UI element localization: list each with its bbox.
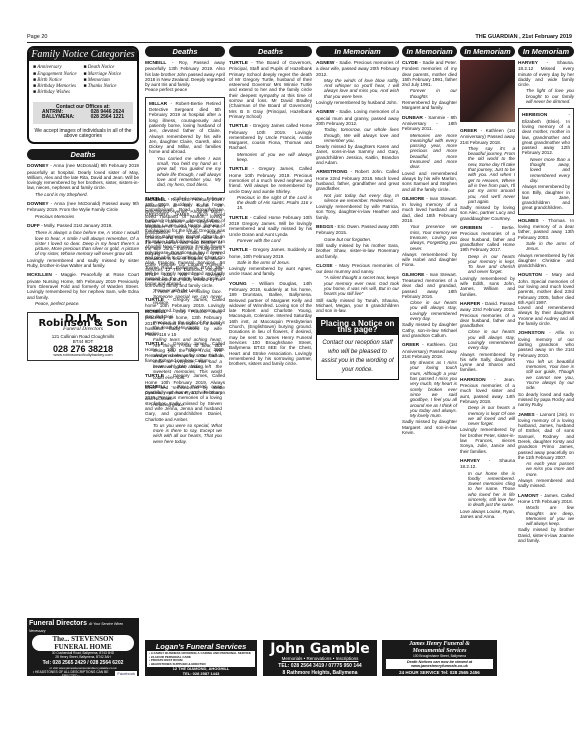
notice: TURTLE - Gregory James. Suddenly at home…: [229, 247, 312, 276]
notice-verse: Safe in the arms of Jesus.: [229, 260, 312, 265]
category-item: Birthday Memories: [33, 84, 83, 89]
notice-signoff: Still sadly missed by Tanah, Shauna, Mic…: [316, 298, 399, 314]
notice-surname: GILMORE: [402, 273, 424, 278]
notice-verse: Words are few thoughts are deep, Memorie…: [518, 505, 574, 526]
notice: TURTLE - Gregory James, Called home 10th…: [145, 297, 225, 337]
notice-surname: HARPER: [460, 302, 480, 307]
notice-verse: As each year passes we miss you more and…: [518, 461, 574, 477]
notice-signoff: Remembered by daughter Margaret and fami…: [402, 100, 457, 111]
notice-signoff: Lovingly remembered by wife Edith, sons …: [460, 276, 515, 297]
notice-text: - Lamont (Jim). In loving memory of a lo…: [518, 412, 574, 460]
notice-signoff: Sadly missed by daughter Margaret and so…: [402, 419, 457, 435]
notice: HARVEY - Shauna. 18.2.12 Missed every mi…: [518, 60, 574, 104]
notice: YOUNG - William Douglas, 14th February 2…: [229, 281, 312, 367]
notice-text: - Called Home February 10th, 2019, Sudde…: [145, 196, 225, 287]
notice-signoff: Still sadly missed by his mother Sara, b…: [316, 243, 399, 259]
notice-surname: GILMORE: [402, 197, 424, 202]
notice: ARMSTRONG - Robert John. Called Home 22n…: [316, 169, 399, 220]
notice-signoff: Always remembered and sadly missed.: [518, 478, 574, 489]
notice-surname: TURTLE: [229, 61, 248, 66]
notice-verse: Safe in the arms of Jesus.: [518, 241, 574, 252]
notice-verse: They say it's a beautiful journey, From …: [460, 146, 515, 204]
notice-signoff: Loved and remembered always by their dau…: [518, 305, 574, 326]
notice-surname: HOLMES: [518, 219, 539, 224]
notice-surname: HERBISON: [522, 113, 547, 118]
notice: TURTLE - Called Home February 10th, 2019…: [145, 196, 225, 293]
gamble-phone: TEL: 028 2564 3419 / 07775 950 144: [265, 663, 375, 669]
notice-text: - The Board of Governors, Principal, Sta…: [229, 60, 312, 119]
notice-surname: CLOSE: [316, 264, 333, 269]
page-number: Page 20: [27, 34, 48, 40]
family-notice-categories: Family Notice Categories AnniversaryDeat…: [27, 46, 139, 144]
notice-signoff: Always remembered by son Billy, daughter…: [522, 184, 570, 210]
jh-notice: Death Notices can now be viewed at www.j…: [386, 659, 493, 669]
notice-surname: HARRISON: [460, 378, 486, 383]
notice: JAMES - Lamont (Jim). In loving memory o…: [518, 412, 574, 489]
notice-signoff: Sadly missed by daughter Cathy, son-in-l…: [402, 322, 457, 338]
notice-verse: In Heavenly love abiding.: [145, 364, 225, 369]
notice-surname: DUFF: [27, 224, 40, 229]
deaths-banner: Deaths: [145, 46, 225, 57]
notice-surname: MILLAR: [149, 102, 167, 107]
page-header: Page 20 THE GUARDIAN , 21st February 201…: [27, 27, 572, 43]
notices: AGNEW - Sadie. Precious memories of a de…: [316, 60, 399, 313]
notice: TURTLE - Gregory James, Called Home 10th…: [229, 166, 312, 210]
notice: GREER - Kathleen. (1st Anniversary) Pass…: [402, 342, 457, 435]
notice: GRIBBEN - Bertie. Precious memories of a…: [460, 225, 515, 297]
notice: TURTLE - Gregory James, Called Home 10th…: [145, 373, 225, 407]
notice-signoff: Love always Louise, Ryan, James and Anna…: [460, 509, 515, 520]
notice-verse: To us you were so special, What more is …: [145, 423, 222, 444]
notice-verse: Forever with the Lord: [229, 238, 312, 243]
notice: HOLMES - Thomas. In loving memory of a d…: [518, 218, 574, 269]
notice-surname: GREER: [402, 343, 419, 348]
column-5: In Memoriam AGNEW - Sadie. Precious memo…: [316, 46, 399, 380]
notice-surname: TURTLE: [229, 124, 248, 129]
headstones-note: • HEADSTONES OF ALL DESCRIPTIONS CAN BE …: [29, 670, 112, 678]
column-7: In Memoriam GREER - Kathleen (1st Annive…: [460, 46, 515, 523]
notice-verse: The light of love you brought to our fam…: [518, 88, 574, 104]
notice-verse: My dreams as I miss your loving touch mu…: [402, 360, 457, 418]
contact-offices: Contact our Offices at: ANTRIM:028 9446 …: [33, 102, 133, 124]
deaths-banner: Deaths: [27, 149, 139, 160]
gamble-address: 8 Rathmore Heights, Ballymena: [265, 670, 375, 676]
column-6: In Memoriam CLYDE - Sadie and Peter. Fon…: [402, 46, 457, 439]
notice-verse: Deep in our hearts a memory is kept Of o…: [460, 405, 515, 426]
notice-surname: TURTLE: [229, 216, 248, 221]
notice: DOWNEY - Anna (nee McDonald) Passed away…: [27, 201, 139, 219]
notice: BEGGS - Eric Owen. Passed away 20th Febr…: [316, 224, 399, 259]
office-phone: 028 2564 1221: [91, 115, 124, 120]
notice-surname: HOUSTON: [518, 273, 542, 278]
placing-title: Placing a Notice on this page?: [317, 318, 398, 335]
memoriam-banner: In Memoriam: [316, 46, 399, 57]
notice-verse: Precious in the sight of the Lord is the…: [229, 195, 312, 211]
category-item: Memoriam: [84, 78, 134, 83]
notice-verse: Close in our hearts you will always stay…: [402, 300, 457, 321]
category-item: Anniversary: [33, 65, 83, 70]
notice-verse: Memories of you we will always keep.: [229, 152, 312, 163]
memoriam-banner: In Memoriam: [402, 46, 457, 57]
notice: DUNBAR - Sammie - 8th Anniversary - 18th…: [402, 115, 457, 192]
notices: GREER - Kathleen (1st Anniversary) Passe…: [460, 128, 515, 519]
notice: HOUSTON - Mary and John. Special memorie…: [518, 272, 574, 326]
column-8: In Memoriam HARVEY - Shauna. 18.2.12 Mis…: [518, 46, 574, 547]
column-1: Family Notice Categories AnniversaryDeat…: [27, 46, 139, 364]
category-item: Birth Notice: [33, 78, 83, 83]
logan-services: • A FAMILY BUSINESS OFFERING A CARING AN…: [147, 651, 255, 667]
stevenson-name: The... STEVENSON: [32, 635, 134, 643]
notice-surname: GRIBBEN: [460, 226, 482, 231]
notice-surname: TURTLE: [145, 342, 164, 347]
notice-verse: Deep in our hearts your memory is kept, …: [460, 254, 515, 275]
notice-surname: GREER: [460, 129, 477, 134]
notice-signoff: Dearly missed by daughters Karen and Jan…: [316, 144, 399, 165]
phone: Tel: 028 2565 2429 / 028 2564 6202: [29, 660, 137, 666]
notice-surname: JOHNSTON: [518, 331, 545, 336]
notice-text: - Elizabeth (Elsie). In loving memory of…: [522, 112, 570, 155]
column-4: Deaths TURTLE - The Board of Governors, …: [229, 46, 312, 370]
notice-verse: Your presence we miss, Your memory we tr…: [402, 224, 457, 250]
notice-verse: There is always a face before me, A Voic…: [27, 230, 139, 256]
notice: DUFF - Molly. Passed 31st January 2019.T…: [27, 223, 139, 268]
notice: CLYDE - Sadie and Peter. Fondest memorie…: [402, 60, 457, 111]
notice-verse: Peace, perfect peace.: [27, 301, 139, 306]
notice-verse: "Forever with the Lord".: [145, 288, 225, 293]
notice-surname: TURTLE: [229, 167, 248, 172]
notice-surname: AGNEW: [316, 61, 334, 66]
notices: TURTLE - The Board of Governors, Princip…: [229, 60, 312, 366]
notice-verse: Close in our hearts you will always stay…: [460, 329, 515, 350]
category-item: Death Notice: [84, 65, 134, 70]
notice-verse: Precious in the sight of the Lord is the…: [145, 320, 225, 331]
notice-verse: Gone but not forgotten.: [316, 237, 399, 242]
notice: JOHNSTON - Alfie. In loving memory of ou…: [518, 330, 574, 407]
category-item: Marriage Notice: [84, 72, 134, 77]
notice-surname: DUNBAR: [402, 116, 423, 121]
notice-verse: "A silent thought a secret tear, keeps y…: [316, 275, 399, 296]
notice-surname: LAMONT: [518, 494, 539, 499]
category-list: AnniversaryDeath NoticeEngagement Notice…: [29, 61, 137, 99]
gamble-title: John Gamble: [265, 642, 375, 656]
stevenson-funeral-ad: Funeral Directors At Your Service When N…: [27, 618, 139, 676]
notice-text: - Robert-Bertie Retired Detective Sergea…: [149, 101, 221, 155]
facebook-icon: Facebook: [115, 671, 137, 676]
accept-images-note: We accept images of individuals in all o…: [29, 126, 137, 143]
notice-signoff: Always remembered by wife Isobel and dau…: [402, 252, 457, 268]
notice-signoff: Lovingly remembered by aunt Agnes, uncle…: [229, 266, 312, 277]
notice-surname: HARVEY: [460, 459, 480, 464]
notice-verse: Precious Memories: [27, 214, 139, 219]
jh-footer: 24 HOUR SERVICE Tel: 028 2565 2456: [383, 670, 496, 675]
notice-surname: DOWNEY: [27, 164, 49, 169]
john-gamble-ad: John Gamble Memorials • Renovations • In…: [263, 640, 377, 676]
notice: DOWNEY - Anna (nee McDonald) 9th Februar…: [27, 163, 139, 197]
logan-phone: TEL: 028 2587 1443: [147, 672, 255, 677]
notices: DOWNEY - Anna (nee McDonald) 9th Februar…: [27, 163, 139, 306]
djm-robinson-ad: D.J.M. Robinson & Son Funeral Directors …: [27, 312, 139, 361]
notice-signoff: Always remembered by his daughter Christ…: [518, 253, 574, 269]
notice-surname: CLYDE: [402, 61, 418, 66]
notice-surname: YOUNG: [229, 282, 247, 287]
notice-signoff: Psalm 116 v 15: [145, 332, 225, 337]
notice-surname: HARVEY: [518, 61, 538, 66]
notice-surname: MCNEILL: [145, 61, 166, 66]
office-name: BALLYMENA:: [42, 115, 75, 120]
notice-surname: BEGGS: [316, 225, 333, 230]
notice: GILMORE - Ivan Stewart. In loving memory…: [402, 196, 457, 268]
notice-signoff: Lovingly remembered and sadly missed by …: [27, 258, 139, 269]
notice-surname: TURTLE: [145, 374, 164, 379]
notice-surname: DOWNEY: [27, 202, 49, 207]
notice: TURTLE - The Board of Governors, Princip…: [229, 60, 312, 119]
memoriam-banner: In Memoriam: [518, 46, 574, 57]
notice: CLOSE - Mary Precious memories of our de…: [316, 263, 399, 314]
notice: HARPER - David. Passed away 23rd Februar…: [460, 301, 515, 373]
categories-title: Family Notice Categories: [29, 48, 137, 61]
notice-verse: May the winds of love blow softly, And w…: [316, 78, 399, 99]
notice: TURTLE - Called Home February 10th 2019 …: [229, 215, 312, 243]
memoriam-banner: In Memoriam: [460, 46, 515, 57]
notice: TURTLE - Gregory James, Called Home 10th…: [145, 341, 225, 369]
notice: TURTLE - Gregory James called Home Febru…: [229, 123, 312, 162]
category-item: Thanks Notice: [84, 84, 134, 89]
notice-verse: The Lord is my Shepherd.: [27, 192, 139, 197]
notice-verse: Not just today but every day, In silence…: [316, 193, 399, 204]
notice: HERBISON - Elizabeth (Elsie). In loving …: [518, 108, 574, 214]
notice-surname: MCKILLEN: [27, 273, 52, 278]
notice: AGNEW - Sadie. Loving memories of a spec…: [316, 109, 399, 165]
notices: HARVEY - Shauna. 18.2.12 Missed every mi…: [518, 60, 574, 543]
notice: AGNEW - Sadie. Precious memories of a de…: [316, 60, 399, 105]
notice-signoff: Sadly missed by loving son Alec, partner…: [460, 205, 515, 221]
notice-verse: Forever in our thoughts: [402, 88, 457, 99]
notice-verse: Today, tomorrow, our whole lives through…: [316, 127, 399, 143]
notice-signoff: Sadly missed by brother David, sister-in…: [518, 527, 574, 543]
notice: GILMORE - Ivan Stewart. Treasured memori…: [402, 272, 457, 339]
notice-surname: TURTLE: [229, 248, 248, 253]
notice-surname: TURTLE: [145, 298, 164, 303]
notices: MCNEILL - Roy, Passed away peacefully 13…: [145, 60, 225, 407]
category-item: Birthday Wishes: [33, 90, 83, 95]
notice: LAMONT - James. Called Home 17th Februar…: [518, 493, 574, 544]
placing-notice-box: Placing a Notice on this page? Contact o…: [316, 317, 399, 380]
notices: CLYDE - Sadie and Peter. Fondest memorie…: [402, 60, 457, 435]
notice-signoff: Peace perfect peace: [145, 87, 225, 92]
notice-signoff: Lovingly remembered by husband John.: [316, 100, 399, 105]
notice-surname: ARMSTRONG: [316, 170, 347, 175]
notice: MCKILLEN - Maggie. Peacefully at Rose Co…: [27, 272, 139, 306]
placing-body: Contact our reception staff who will be …: [317, 335, 398, 379]
notice: HARVEY - Shauna 18.2.12.In our home she …: [460, 458, 515, 519]
jh-address: 100 Broughshane Street, Ballymena: [383, 654, 496, 658]
masthead: THE GUARDIAN , 21st February 2019: [475, 34, 572, 40]
notice-surname: JAMES: [518, 413, 535, 418]
logans-ad: Logan's Funeral Services • A FAMILY BUSI…: [145, 640, 257, 676]
james-henry-ad: James Henry Funeral & Monumental Service…: [382, 640, 497, 676]
notice-verse: Never more than a thought away, loved an…: [522, 157, 570, 183]
notice: HARRISON - Jean. Precious memories of a …: [460, 377, 515, 454]
notice-surname: TURTLE: [145, 197, 164, 202]
notice: MILLAR - Robert-Bertie Retired Detective…: [145, 97, 225, 193]
deaths-banner: Deaths: [229, 46, 312, 57]
notice-signoff: So dearly loved and sadly missed by papa…: [518, 392, 574, 408]
notice-verse: You carried me when I was small, You hel…: [149, 156, 221, 188]
notice-verse: In our home she is fondly remembered. Sw…: [460, 471, 515, 508]
notice-verse: You left us beautiful memories, Your lov…: [518, 359, 574, 391]
notice-signoff: Lovingly remembered by her brother Peter…: [460, 427, 515, 453]
notice-verse: Amazing grace.: [145, 402, 225, 407]
column-3: Deaths MCNEILL - Roy, Passed away peacef…: [145, 46, 225, 411]
logan-title: Logan's Funeral Services: [147, 642, 255, 651]
notice-signoff: Lovingly remembered by wife Patricia, so…: [316, 204, 399, 220]
stevenson-name2: FUNERAL HOME: [32, 643, 134, 651]
notice-signoff: Always remembered by his wife Sally, dau…: [460, 352, 515, 373]
notice: MCNEILL - Roy, Passed away peacefully 13…: [145, 60, 225, 93]
notice: GREER - Kathleen (1st Anniversary) Passe…: [460, 128, 515, 221]
notice-text: - William Douglas, 14th February 2019, s…: [229, 281, 312, 366]
notice-text: - Molly. Passed 31st January 2019.: [40, 223, 113, 228]
category-item: Engagement Notice: [33, 72, 83, 77]
notice-signoff: Loved and remembered always by his wife …: [402, 171, 457, 192]
notice-verse: Memories are more meaningful with every …: [402, 133, 457, 170]
notice-surname: AGNEW: [316, 110, 334, 115]
djm-website: www.robinsonsofcullybackey.com: [31, 352, 135, 357]
ad-heading: Funeral Directors: [29, 620, 87, 627]
greer-photo: [460, 60, 515, 122]
